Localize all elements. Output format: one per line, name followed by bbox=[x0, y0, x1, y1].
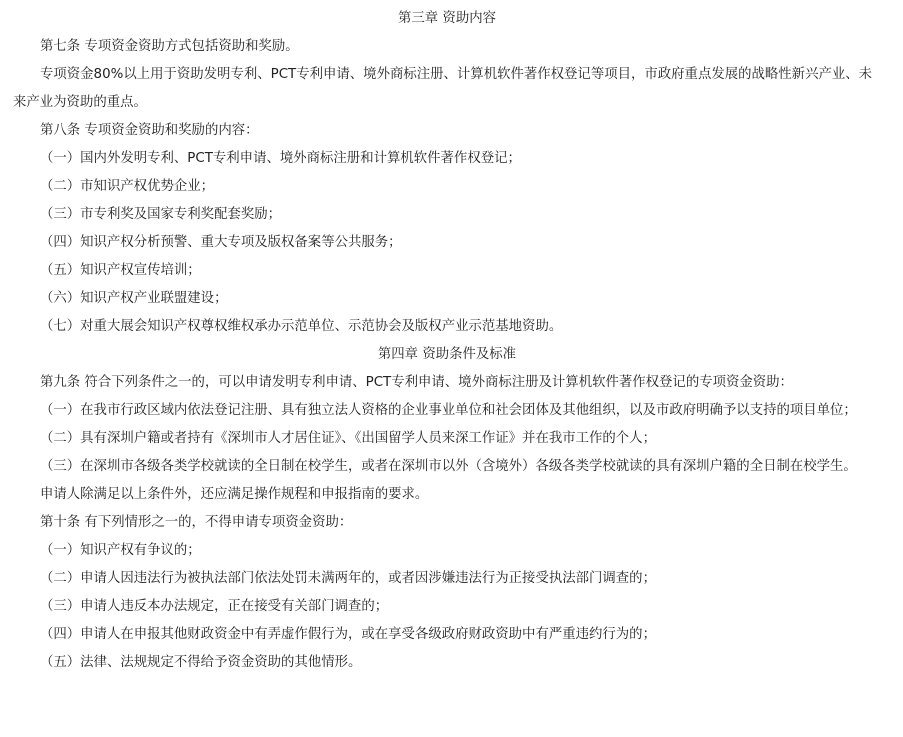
article-8-item: （六）知识产权产业联盟建设； bbox=[13, 285, 903, 313]
article-7-detail: 专项资金80%以上用于资助发明专利、PCT专利申请、境外商标注册、计算机软件著作… bbox=[13, 61, 881, 117]
article-7: 第七条 专项资金资助方式包括资助和奖励。 bbox=[13, 33, 903, 61]
article-8-item: （一）国内外发明专利、PCT专利申请、境外商标注册和计算机软件著作权登记； bbox=[13, 145, 903, 173]
article-8-item: （七）对重大展会知识产权尊权维权承办示范单位、示范协会及版权产业示范基地资助。 bbox=[13, 313, 903, 341]
article-9-item: （二）具有深圳户籍或者持有《深圳市人才居住证》、《出国留学人员来深工作证》并在我… bbox=[13, 425, 903, 453]
article-10-item: （二）申请人因违法行为被执法部门依法处罚未满两年的，或者因涉嫌违法行为正接受执法… bbox=[13, 565, 903, 593]
article-8-item: （三）市专利奖及国家专利奖配套奖励； bbox=[13, 201, 903, 229]
article-9: 第九条 符合下列条件之一的，可以申请发明专利申请、PCT专利申请、境外商标注册及… bbox=[13, 369, 903, 397]
article-9-item: （一）在我市行政区域内依法登记注册、具有独立法人资格的企业事业单位和社会团体及其… bbox=[13, 397, 881, 425]
article-10: 第十条 有下列情形之一的，不得申请专项资金资助： bbox=[13, 509, 903, 537]
chapter-heading: 第三章 资助内容 bbox=[13, 5, 881, 33]
article-10-item: （三）申请人违反本办法规定，正在接受有关部门调查的； bbox=[13, 593, 903, 621]
article-8-item: （二）市知识产权优势企业； bbox=[13, 173, 903, 201]
article-10-item: （五）法律、法规规定不得给予资金资助的其他情形。 bbox=[13, 649, 903, 677]
article-9-item: （三）在深圳市各级各类学校就读的全日制在校学生，或者在深圳市以外（含境外）各级各… bbox=[13, 453, 881, 481]
document-body: 第三章 资助内容 第七条 专项资金资助方式包括资助和奖励。 专项资金80%以上用… bbox=[0, 0, 903, 677]
article-10-item: （四）申请人在申报其他财政资金中有弄虚作假行为，或在享受各级政府财政资助中有严重… bbox=[13, 621, 903, 649]
article-8-item: （五）知识产权宣传培训； bbox=[13, 257, 903, 285]
article-8-item: （四）知识产权分析预警、重大专项及版权备案等公共服务； bbox=[13, 229, 903, 257]
chapter-heading: 第四章 资助条件及标准 bbox=[13, 341, 881, 369]
article-8: 第八条 专项资金资助和奖励的内容： bbox=[13, 117, 903, 145]
article-9-note: 申请人除满足以上条件外，还应满足操作规程和申报指南的要求。 bbox=[13, 481, 903, 509]
article-10-item: （一）知识产权有争议的； bbox=[13, 537, 903, 565]
